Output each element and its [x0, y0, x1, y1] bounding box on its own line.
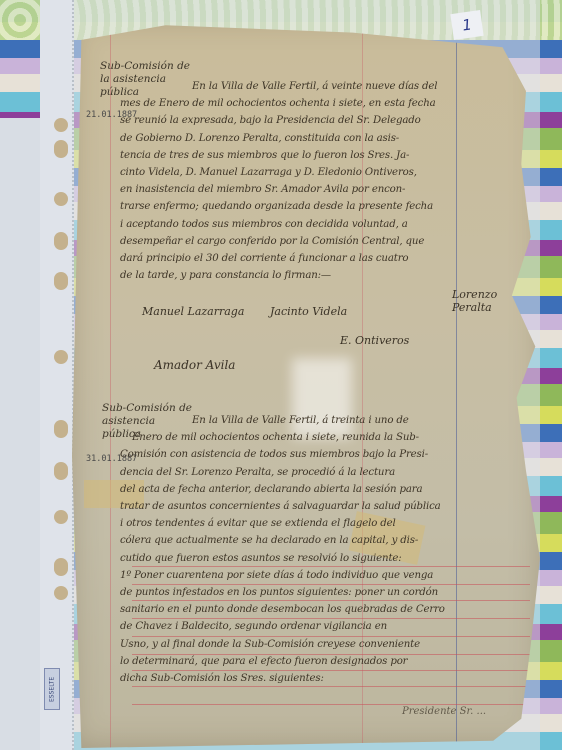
sleeve-brand-label: ESSELTE: [44, 668, 60, 710]
entry-line: mes de Enero de mil ochocientos ochenta …: [120, 95, 437, 112]
punch-hole: [54, 232, 68, 250]
entry-line: tratar de asuntos concernientes á salvag…: [120, 498, 445, 515]
entry-line: del acta de fecha anterior, declarando a…: [120, 481, 445, 498]
entry-line: dencia del Sr. Lorenzo Peralta, se proce…: [120, 464, 445, 481]
entry-line: i aceptando todos sus miembros con decid…: [120, 216, 437, 233]
entry-line: tencia de tres de sus miembros que lo fu…: [120, 147, 437, 164]
entry-line: dará principio el 30 del corriente á fun…: [120, 250, 437, 267]
entry-line: en inasistencia del miembro Sr. Amador A…: [120, 181, 437, 198]
entry-line: lo determinará, que para el efecto fuero…: [120, 653, 445, 670]
punch-hole: [54, 140, 68, 158]
punch-hole: [54, 192, 68, 206]
punch-hole: [54, 462, 68, 480]
entry-line: i otros tendentes á evitar que se extien…: [120, 515, 445, 532]
entry-line: Enero de mil ochocientos ochenta i siete…: [120, 429, 445, 446]
margin-rule: [456, 18, 457, 748]
punch-hole: [54, 272, 68, 290]
entry-line: de la tarde, y para constancia lo firman…: [120, 267, 437, 284]
margin-rule: [110, 18, 111, 748]
punch-hole: [54, 118, 68, 132]
entry-1-text: En la Villa de Valle Fertil, á veinte nu…: [120, 78, 437, 284]
entry-line: de Gobierno D. Lorenzo Peralta, constitu…: [120, 130, 437, 147]
entry-line: Comisión con asistencia de todos sus mie…: [120, 446, 445, 463]
punch-hole: [54, 420, 68, 438]
entry-2-text: En la Villa de Valle Fertil, á treinta i…: [120, 412, 445, 687]
entry-line: cutido que fueron estos asuntos se resol…: [120, 550, 445, 567]
signature-lazarraga: Manuel Lazarraga: [142, 305, 244, 318]
entry-line: En la Villa de Valle Fertil, á veinte nu…: [120, 78, 437, 95]
punch-hole: [54, 586, 68, 600]
entry-2-closing: Presidente Sr. ...: [402, 706, 486, 717]
punch-hole: [54, 558, 68, 576]
entry-line: de Chavez i Baldecito, segundo ordenar v…: [120, 618, 445, 635]
entry-line: 1º Poner cuarentena por siete días á tod…: [120, 567, 445, 584]
entry-line: desempeñar el cargo conferido por la Com…: [120, 233, 437, 250]
entry-line: trarse enfermo; quedando organizada desd…: [120, 198, 437, 215]
entry-line: sanitario en el punto donde desembocan l…: [120, 601, 445, 618]
page-number-sticker: 1: [450, 10, 483, 40]
entry-line: cinto Videla, D. Manuel Lazarraga y D. E…: [120, 164, 437, 181]
entry-line: dicha Sub-Comisión los Sres. siguientes:: [120, 670, 445, 687]
signature-videla: Jacinto Videla: [270, 305, 347, 318]
signature-ontiveros: E. Ontiveros: [340, 334, 409, 347]
punch-hole: [54, 510, 68, 524]
document-page: Sub-Comisión de la asistencia pública 21…: [72, 18, 540, 748]
entry-line: En la Villa de Valle Fertil, á treinta i…: [120, 412, 445, 429]
entry-line: Usno, y al final donde la Sub-Comisión c…: [120, 636, 445, 653]
red-ruled-line: [132, 704, 530, 705]
entry-line: se reunió la expresada, bajo la Presiden…: [120, 112, 437, 129]
sleeve-binding-strip: [40, 0, 74, 750]
entry-line: cólera que actualmente se ha declarado e…: [120, 532, 445, 549]
punch-hole: [54, 350, 68, 364]
entry-line: de puntos infestados en los puntos sigui…: [120, 584, 445, 601]
signature-avila: Amador Avila: [154, 358, 235, 372]
